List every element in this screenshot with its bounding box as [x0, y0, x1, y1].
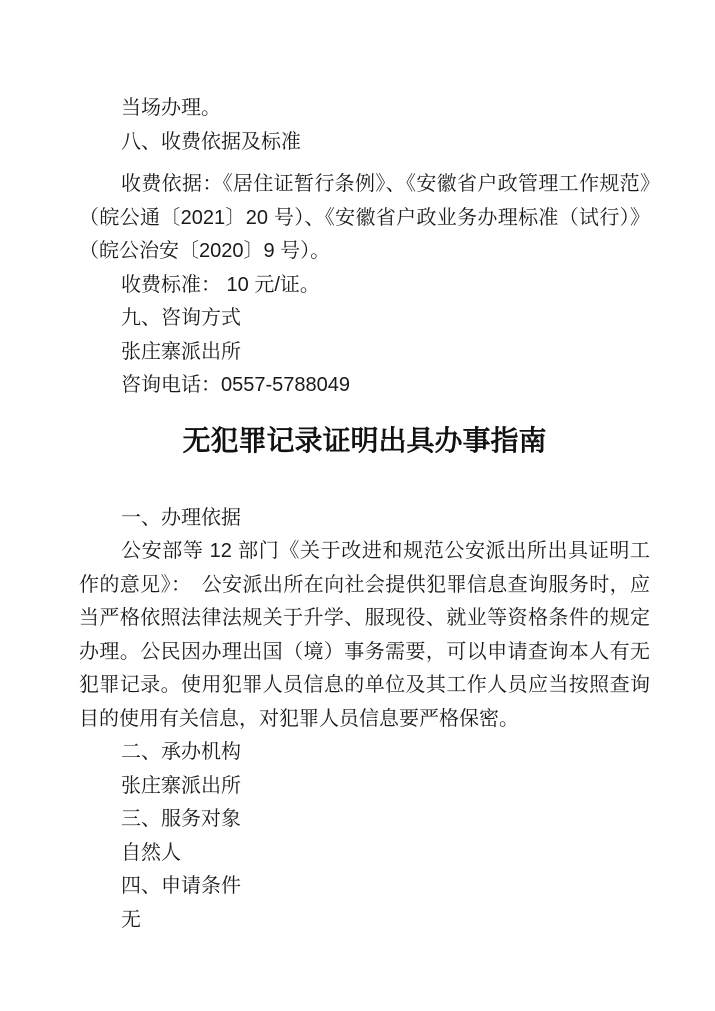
section-4-application-conditions-title: 四、申请条件 — [79, 870, 650, 904]
para-fee-basis: 收费依据：《居住证暂行条例》、《安徽省户政管理工作规范》（皖公通〔2021〕20… — [79, 168, 650, 269]
para-handling-basis: 公安部等 12 部门《关于改进和规范公安派出所出具证明工作的意见》： 公安派出所… — [79, 535, 650, 736]
section-9-contact-method-title: 九、咨询方式 — [79, 302, 650, 336]
line-processed-on-spot: 当场办理。 — [79, 92, 650, 126]
line-none: 无 — [79, 904, 650, 938]
section-1-handling-basis-title: 一、办理依据 — [79, 502, 650, 536]
document-page: 当场办理。 八、收费依据及标准 收费依据：《居住证暂行条例》、《安徽省户政管理工… — [0, 0, 715, 1011]
line-contact-phone: 咨询电话：0557-5788049 — [79, 369, 650, 403]
line-fee-standard: 收费标准： 10 元/证。 — [79, 269, 650, 303]
section-3-service-target-title: 三、服务对象 — [79, 803, 650, 837]
doc-title-no-criminal-record-guide: 无犯罪记录证明出具办事指南 — [79, 421, 650, 461]
line-agency-name: 张庄寨派出所 — [79, 770, 650, 804]
section-2-undertaking-agency-title: 二、承办机构 — [79, 736, 650, 770]
line-natural-person: 自然人 — [79, 837, 650, 871]
section-8-fee-basis-title: 八、收费依据及标准 — [79, 126, 650, 160]
line-police-station-name: 张庄寨派出所 — [79, 336, 650, 370]
